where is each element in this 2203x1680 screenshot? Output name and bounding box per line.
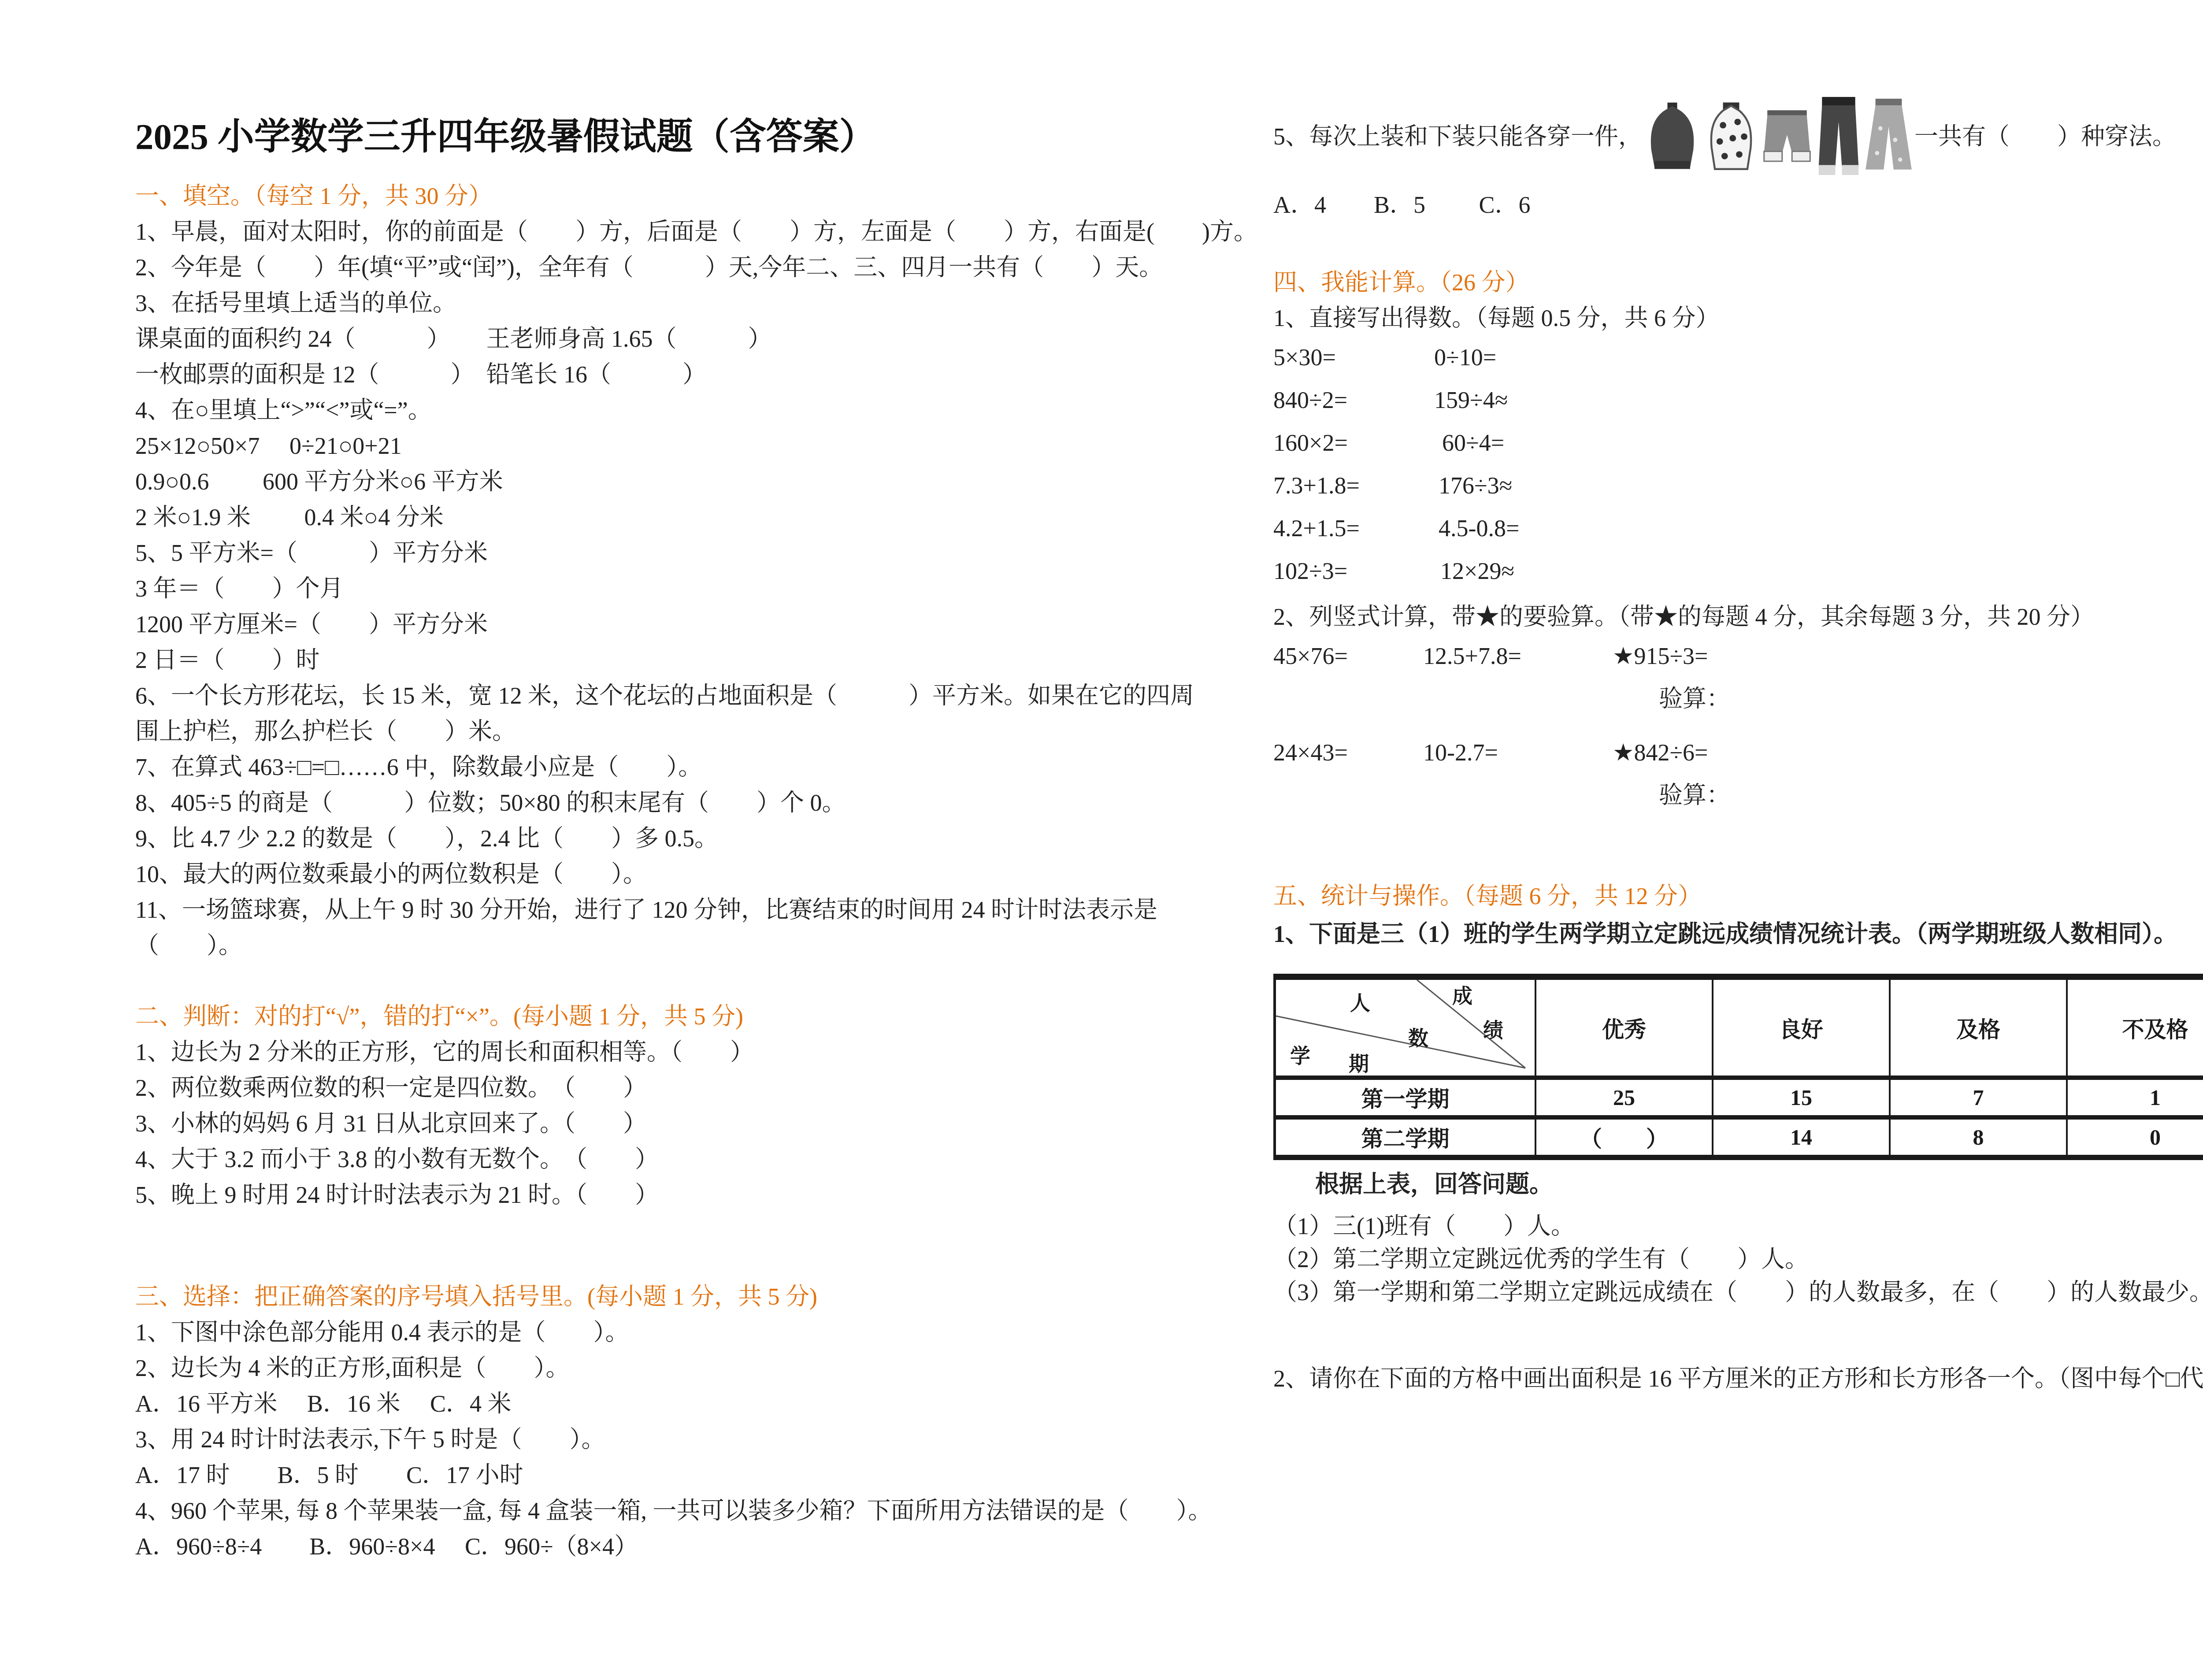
column-header: 及格 [1890, 977, 2067, 1078]
choice-q5-options: A．4 B．5 C．6 [1273, 187, 2203, 223]
judge-q3: 3、小林的妈妈 6 月 31 日从北京回来了。（ ） [135, 1106, 1263, 1142]
fill-q4-compare-3: 2 米○1.9 米 0.4 米○4 分米 [135, 500, 1263, 535]
page-title: 2025 小学数学三升四年级暑假试题（含答案） [135, 110, 1263, 163]
after-table-note: 根据上表，回答问题。 [1273, 1167, 2203, 1202]
fill-q11-part-1: 11、一场篮球赛，从上午 9 时 30 分开始，进行了 120 分钟，比赛结束的… [135, 892, 1263, 928]
fill-q4: 4、在○里填上“>”“<”或“=”。 [135, 393, 1263, 428]
vertical-expr: 24×43= [1273, 731, 1423, 774]
right-column: 5、每次上装和下装只能各穿一件， [1273, 88, 2203, 1398]
stats-question-3: （3）第一学期和第二学期立定跳远成绩在（ ）的人数最多，在（ ）的人数最少。 [1273, 1276, 2203, 1309]
fill-q6-part-1: 6、一个长方形花坛，长 15 米，宽 12 米，这个花坛的占地面积是（ ）平方米… [135, 678, 1263, 714]
corner-score-char: 成 [1452, 986, 1472, 1006]
check-label-2: 验算： [1273, 774, 2203, 817]
table-row: 第一学期 25 15 7 1 [1275, 1078, 2203, 1117]
fill-q11-part-2: （ ）。 [135, 928, 1263, 964]
oral-row-5: 4.2+1.5=4.5-0.8= [1273, 507, 2203, 550]
section-3-header: 三、选择：把正确答案的序号填入括号里。(每小题 1 分，共 5 分) [135, 1279, 1263, 1315]
draw-grid-question: 2、请你在下面的方格中画出面积是 16 平方厘米的正方形和长方形各一个。（图中每… [1273, 1360, 2203, 1398]
score-table: 成 绩 人 数 学 期 优秀 良好 及格 不及格 第一学期 25 15 7 1 … [1273, 974, 2203, 1160]
fill-q3-units-1: 课桌面的面积约 24（ ） 王老师身高 1.65（ ） [135, 321, 1263, 357]
choice-q5-suffix: 一共有（ ）种穿法。 [1914, 123, 2176, 150]
oral-expr: 4.2+1.5= [1273, 507, 1434, 550]
corner-people-char: 人 [1350, 993, 1370, 1013]
vertical-expr: 45×76= [1273, 635, 1423, 678]
calc-sub1: 1、直接写出得数。（每题 0.5 分，共 6 分） [1273, 300, 2203, 336]
cell-value: 0 [2067, 1117, 2203, 1157]
fill-q4-compare-2: 0.9○0.6 600 平方分米○6 平方米 [135, 464, 1263, 500]
vertical-expr: 12.5+7.8= [1423, 635, 1613, 678]
section-4-header: 四、我能计算。（26 分） [1273, 265, 2203, 300]
choice-q4-options: A．960÷8÷4 B．960÷8×4 C．960÷（8×4） [135, 1529, 1263, 1565]
vertical-row-2: 24×43=10-2.7=★842÷6= [1273, 731, 2203, 774]
cell-value: 15 [1713, 1078, 1890, 1117]
calc-sub2: 2、列竖式计算，带★的要验算。（带★的每题 4 分，其余每题 3 分，共 20 … [1273, 599, 2203, 635]
fill-q6-part-2: 围上护栏，那么护栏长（ ）米。 [135, 714, 1263, 749]
cell-value: 8 [1890, 1117, 2067, 1157]
judge-q5: 5、晚上 9 时用 24 时计时法表示为 21 时。（ ） [135, 1177, 1263, 1213]
table-corner-cell: 成 绩 人 数 学 期 [1275, 977, 1535, 1078]
oral-expr: 160×2= [1273, 422, 1434, 464]
shorts-icon [1762, 110, 1812, 163]
oral-row-3: 160×2=60÷4= [1273, 422, 2203, 464]
oral-row-2: 840÷2=159÷4≈ [1273, 379, 2203, 422]
cell-value: 7 [1890, 1078, 2067, 1117]
oral-expr: 840÷2= [1273, 379, 1434, 422]
judge-q2: 2、两位数乘两位数的积一定是四位数。 （ ） [135, 1070, 1263, 1106]
section-5-header: 五、统计与操作。（每题 6 分，共 12 分） [1273, 879, 2203, 914]
choice-q1: 1、下图中涂色部分能用 0.4 表示的是（ ）。 [135, 1315, 1263, 1350]
choice-q3-options: A．17 时 B．5 时 C．17 小时 [135, 1457, 1263, 1493]
oral-expr: 12×29≈ [1434, 558, 1514, 584]
fill-q4-compare-1: 25×12○50×7 0÷21○0+21 [135, 428, 1263, 464]
dotted-top-icon [1705, 101, 1757, 172]
column-header: 良好 [1713, 977, 1890, 1078]
oral-expr: 0÷10= [1434, 344, 1496, 371]
oral-expr: 7.3+1.8= [1273, 464, 1434, 507]
judge-q4: 4、大于 3.2 而小于 3.8 的小数有无数个。 （ ） [135, 1142, 1263, 1177]
table-row: 第二学期 （ ） 14 8 0 [1275, 1117, 2203, 1157]
fill-q9: 9、比 4.7 少 2.2 的数是（ ），2.4 比（ ）多 0.5。 [135, 821, 1263, 857]
stats-question-2: （2）第二学期立定跳远优秀的学生有（ ）人。 [1273, 1243, 2203, 1276]
section-1-header: 一、填空。（每空 1 分，共 30 分） [135, 178, 1263, 214]
oral-expr: 5×30= [1273, 336, 1434, 379]
choice-q5-row: 5、每次上装和下装只能各穿一件， [1273, 95, 2203, 178]
judge-q1: 1、边长为 2 分米的正方形，它的周长和面积相等。（ ） [135, 1035, 1263, 1070]
vertical-row-1: 45×76=12.5+7.8=★915÷3= [1273, 635, 2203, 678]
fill-q10: 10、最大的两位数乘最小的两位数积是（ ）。 [135, 857, 1263, 892]
choice-q5-prefix: 5、每次上装和下装只能各穿一件， [1273, 123, 1642, 150]
fill-q7: 7、在算式 463÷□=□……6 中，除数最小应是（ ）。 [135, 749, 1263, 785]
cell-value: 1 [2067, 1078, 2203, 1117]
choice-q2: 2、边长为 4 米的正方形,面积是（ ）。 [135, 1350, 1263, 1386]
section-2-header: 二、判断：对的打“√”，错的打“×”。(每小题 1 分，共 5 分) [135, 999, 1263, 1035]
oral-row-1: 5×30=0÷10= [1273, 336, 2203, 379]
choice-q4: 4、960 个苹果, 每 8 个苹果装一盒, 每 4 盒装一箱, 一共可以装多少… [135, 1493, 1263, 1529]
trousers-icon [1817, 96, 1860, 178]
check-label-1: 验算： [1273, 678, 2203, 720]
fill-q1: 1、早晨，面对太阳时，你的前面是（ ）方，后面是（ ）方，左面是（ ）方，右面是… [135, 214, 1263, 250]
choice-q3: 3、用 24 时计时法表示,下午 5 时是（ ）。 [135, 1422, 1263, 1457]
fill-q8: 8、405÷5 的商是（ ）位数；50×80 的积末尾有（ ）个 0。 [135, 785, 1263, 821]
cell-value: 14 [1713, 1117, 1890, 1157]
fill-q5-convert-2: 1200 平方厘米=（ ）平方分米 [135, 607, 1263, 642]
corner-score-char: 绩 [1483, 1020, 1503, 1041]
stats-question-1: （1）三(1)班有（ ）人。 [1273, 1210, 2203, 1243]
vertical-expr-star: ★915÷3= [1613, 643, 1708, 669]
column-header: 优秀 [1535, 977, 1713, 1078]
oral-expr: 159÷4≈ [1434, 387, 1508, 413]
fill-q5-convert-3: 2 日＝（ ）时 [135, 642, 1263, 678]
cell-value-blank: （ ） [1535, 1117, 1713, 1157]
oral-expr: 4.5-0.8= [1434, 515, 1519, 541]
fill-q3: 3、在括号里填上适当的单位。 [135, 286, 1263, 321]
oral-expr: 102÷3= [1273, 550, 1434, 593]
corner-term-char: 学 [1290, 1046, 1310, 1066]
choice-q2-options: A．16 平方米 B．16 米 C．4 米 [135, 1386, 1263, 1422]
oral-expr: 60÷4= [1434, 430, 1504, 456]
oral-row-4: 7.3+1.8=176÷3≈ [1273, 464, 2203, 507]
row-label: 第二学期 [1275, 1117, 1535, 1157]
corner-people-char: 数 [1408, 1028, 1428, 1049]
corner-term-char: 期 [1349, 1054, 1369, 1074]
oral-expr: 176÷3≈ [1434, 472, 1512, 499]
capri-pants-icon [1866, 99, 1912, 174]
fill-q2: 2、今年是（ ）年(填“平”或“闰”)，全年有（ ）天,今年二、三、四月一共有（… [135, 250, 1263, 286]
fill-q5-convert-1: 3 年＝（ ）个月 [135, 571, 1263, 607]
vertical-expr: 10-2.7= [1423, 731, 1613, 774]
column-header: 不及格 [2067, 977, 2203, 1078]
oral-row-6: 102÷3=12×29≈ [1273, 550, 2203, 593]
vertical-expr-star: ★842÷6= [1613, 739, 1708, 766]
fill-q5: 5、5 平方米=（ ）平方分米 [135, 535, 1263, 571]
fill-q3-units-2: 一枚邮票的面积是 12（ ） 铅笔长 16（ ） [135, 357, 1263, 393]
row-label: 第一学期 [1275, 1078, 1535, 1117]
left-column: 2025 小学数学三升四年级暑假试题（含答案） 一、填空。（每空 1 分，共 3… [135, 110, 1263, 1565]
jacket-icon [1645, 101, 1700, 172]
cell-value: 25 [1535, 1078, 1713, 1117]
stats-intro: 1、下面是三（1）班的学生两学期立定跳远成绩情况统计表。（两学期班级人数相同）。 [1273, 914, 2203, 954]
